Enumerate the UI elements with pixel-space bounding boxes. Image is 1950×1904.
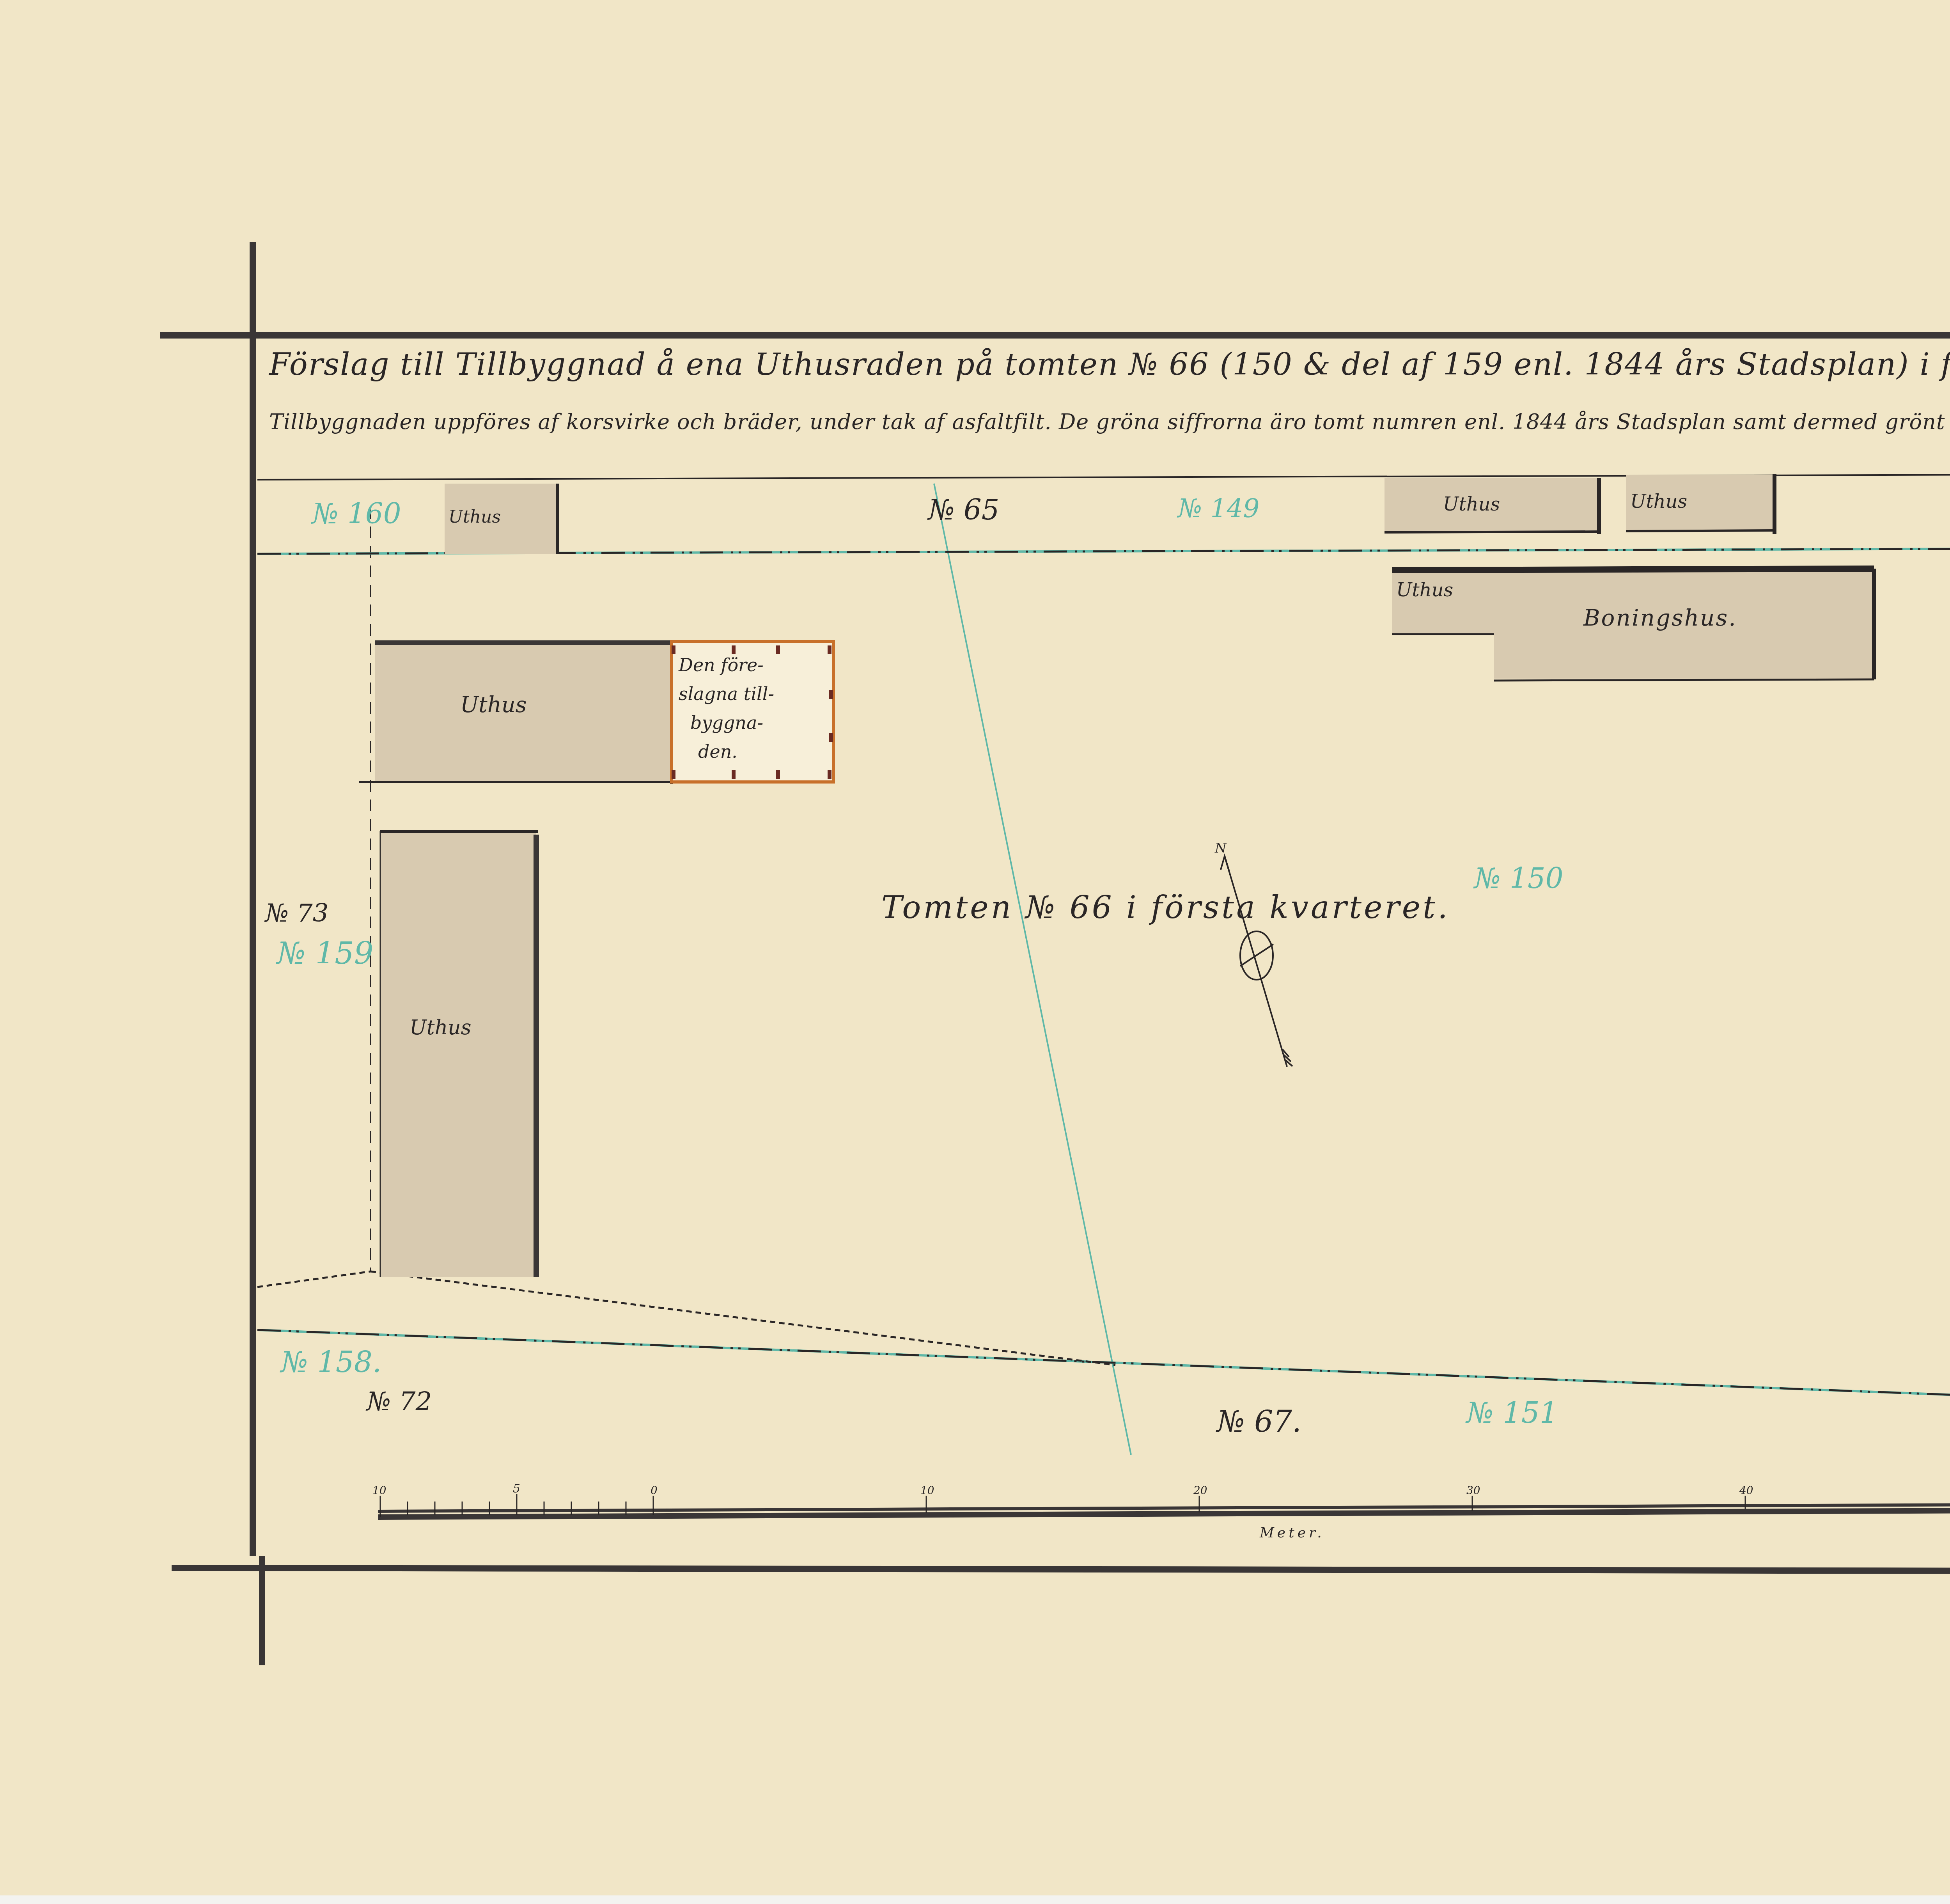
lot-number-67: № 67. (1217, 1404, 1301, 1439)
building-label-uthus: Uthus (1630, 491, 1687, 512)
addition-label-line: slagna till- (679, 679, 774, 708)
scale-tick-label: 20 (1193, 1484, 1207, 1497)
north-arrow-icon (1221, 856, 1292, 1067)
lot-number-72: № 72 (367, 1386, 432, 1416)
lot-number-73: № 73 (265, 899, 328, 928)
scale-tick-label: 0 (651, 1484, 658, 1497)
scale-tick-label: 10 (920, 1484, 934, 1497)
lot-number-green-150: № 150 (1474, 862, 1563, 895)
scale-bar (378, 1494, 1950, 1517)
lot-number-green-160: № 160 (312, 497, 401, 530)
building-label-uthus: Uthus (409, 1016, 471, 1039)
scale-tick-label: 10 (372, 1484, 386, 1497)
lot-number-green-159: № 159 (277, 936, 373, 971)
building-label-uthus: Uthus (448, 507, 501, 527)
proposed-addition-label: Den före- slagna till- byggna- den. (679, 651, 774, 766)
addition-label-line: Den före- (679, 651, 774, 679)
lot-number-65: № 65 (928, 493, 1000, 526)
plan-description: Tillbyggnaden uppföres af korsvirke och … (269, 410, 1950, 434)
scale-tick-label: 5 (513, 1482, 520, 1496)
plan-title: Förslag till Tillbyggnad å ena Uthusrade… (269, 347, 1950, 382)
lot-number-green-151: № 151 (1466, 1396, 1558, 1430)
addition-label-line: byggna- (679, 708, 774, 737)
building-label-uthus: Uthus (1396, 579, 1453, 601)
plot-label: Tomten № 66 i första kvarteret. (881, 889, 1450, 925)
building-label-uthus: Uthus (1443, 493, 1500, 515)
scale-tick-label: 40 (1739, 1484, 1753, 1497)
scale-tick-label: 30 (1466, 1484, 1480, 1497)
north-label: N (1215, 840, 1227, 856)
scale-unit-label: Meter. (1260, 1525, 1325, 1541)
lot-number-green-149: № 149 (1178, 493, 1259, 523)
addition-label-line: den. (679, 737, 774, 766)
building-label-boningshus: Boningshus. (1583, 605, 1737, 631)
lot-number-green-158: № 158. (281, 1346, 381, 1379)
building-label-uthus: Uthus (460, 692, 527, 718)
